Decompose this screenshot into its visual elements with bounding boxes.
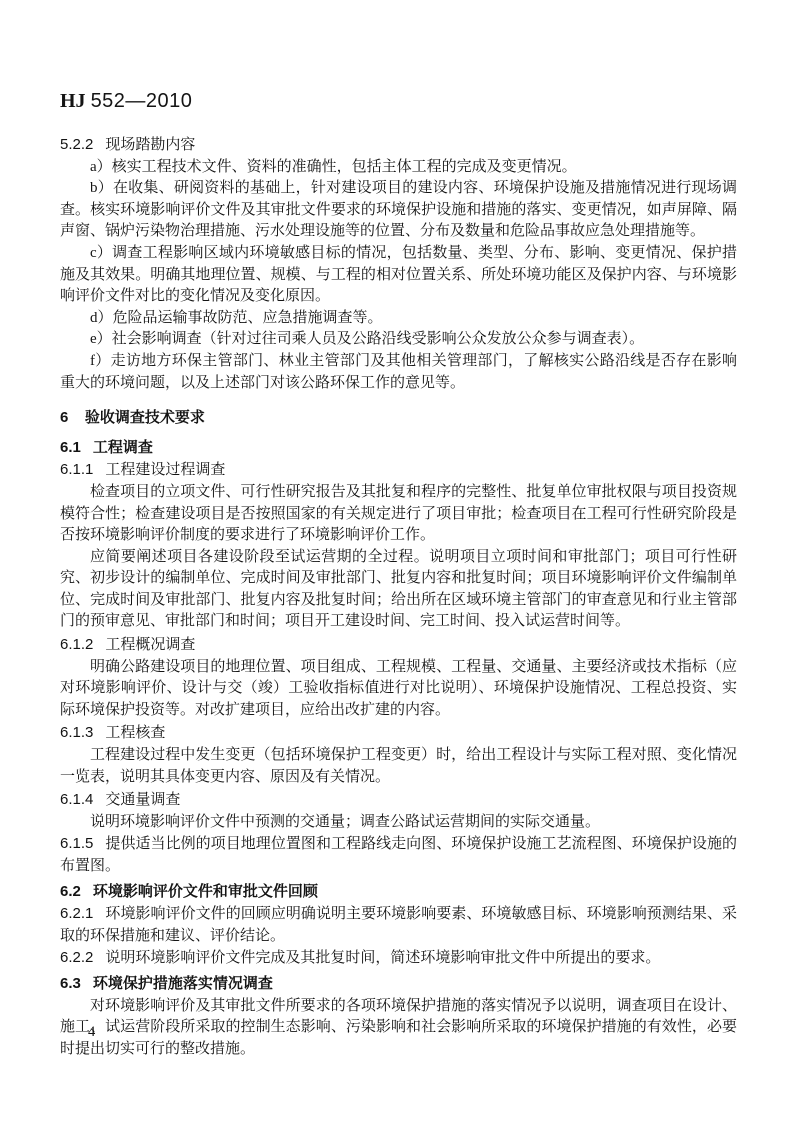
paragraph: 工程建设过程中发生变更（包括环境保护工程变更）时，给出工程设计与实际工程对照、变…: [60, 745, 737, 788]
document-page: HJ552—2010 5.2.2现场踏勘内容 a）核实工程技术文件、资料的准确性…: [0, 0, 794, 1123]
clause-number: 5.2.2: [60, 136, 93, 153]
clause-text: 说明环境影响评价文件完成及其批复时间，简述环境影响审批文件中所提出的要求。: [105, 950, 660, 966]
paragraph: 检查项目的立项文件、可行性研究报告及其批复和程序的完整性、批复单位审批权限与项目…: [60, 482, 737, 547]
clause-title: 工程核查: [105, 725, 165, 741]
heading-6-1-4: 6.1.4交通量调查: [60, 789, 737, 812]
paragraph: 应简要阐述项目各建设阶段至试运营期的全过程。说明项目立项时间和审批部门；项目可行…: [60, 547, 737, 633]
list-item-f: f）走访地方环保主管部门、林业主管部门及其他相关管理部门，了解核实公路沿线是否存…: [60, 351, 737, 394]
clause-text: 提供适当比例的项目地理位置图和工程路线走向图、环境保护设施工艺流程图、环境保护设…: [60, 836, 737, 874]
paragraph: 说明环境影响评价文件中预测的交通量；调查公路试运营期间的实际交通量。: [60, 812, 737, 834]
document-body: 5.2.2现场踏勘内容 a）核实工程技术文件、资料的准确性，包括主体工程的完成及…: [60, 133, 737, 1060]
clause-title: 工程调查: [93, 439, 153, 456]
clause-number: 6: [60, 409, 68, 426]
heading-6-1-2: 6.1.2工程概况调查: [60, 634, 737, 657]
clause-6-2-1: 6.2.1环境影响评价文件的回顾应明确说明主要环境影响要素、环境敏感目标、环境影…: [60, 903, 737, 947]
clause-number: 6.1.2: [60, 636, 93, 653]
heading-6: 6验收调查技术要求: [60, 407, 737, 429]
heading-6-2: 6.2环境影响评价文件和审批文件回顾: [60, 881, 737, 903]
clause-title: 验收调查技术要求: [85, 409, 205, 426]
heading-6-1-3: 6.1.3工程核查: [60, 722, 737, 745]
clause-title: 工程建设过程调查: [105, 462, 225, 478]
heading-6-1-1: 6.1.1工程建设过程调查: [60, 459, 737, 482]
clause-6-1-5: 6.1.5提供适当比例的项目地理位置图和工程路线走向图、环境保护设施工艺流程图、…: [60, 833, 737, 877]
list-item-c: c）调查工程影响区域内环境敏感目标的情况，包括数量、类型、分布、影响、变更情况、…: [60, 243, 737, 308]
clause-title: 现场踏勘内容: [105, 137, 195, 153]
heading-6-3: 6.3环境保护措施落实情况调查: [60, 973, 737, 995]
clause-title: 工程概况调查: [105, 637, 195, 653]
clause-number: 6.2.2: [60, 949, 93, 966]
list-item-a: a）核实工程技术文件、资料的准确性，包括主体工程的完成及变更情况。: [60, 157, 737, 179]
clause-6-2-2: 6.2.2说明环境影响评价文件完成及其批复时间，简述环境影响审批文件中所提出的要…: [60, 947, 737, 970]
page-number: 4: [88, 1024, 95, 1041]
heading-5-2-2: 5.2.2现场踏勘内容: [60, 134, 737, 157]
paragraph: 明确公路建设项目的地理位置、项目组成、工程规模、工程量、交通量、主要经济或技术指…: [60, 657, 737, 722]
clause-number: 6.1.5: [60, 835, 93, 852]
list-item-e: e）社会影响调查（针对过往司乘人员及公路沿线受影响公众发放公众参与调查表）。: [60, 329, 737, 351]
list-item-d: d）危险品运输事故防范、应急措施调查等。: [60, 308, 737, 330]
clause-number: 6.1.4: [60, 791, 93, 808]
clause-title: 交通量调查: [105, 792, 180, 808]
list-item-b: b）在收集、研阅资料的基础上，针对建设项目的建设内容、环境保护设施及措施情况进行…: [60, 178, 737, 243]
standard-number: 552—2010: [91, 90, 193, 112]
paragraph: 对环境影响评价及其审批文件所要求的各项环境保护措施的落实情况予以说明，调查项目在…: [60, 996, 737, 1061]
standard-prefix: HJ: [60, 90, 86, 112]
document-code: HJ552—2010: [60, 90, 192, 113]
clause-number: 6.2: [60, 883, 81, 900]
clause-number: 6.3: [60, 975, 81, 992]
clause-number: 6.1.3: [60, 724, 93, 741]
clause-number: 6.1.1: [60, 461, 93, 478]
clause-number: 6.1: [60, 439, 81, 456]
clause-title: 环境影响评价文件和审批文件回顾: [93, 883, 318, 900]
clause-text: 环境影响评价文件的回顾应明确说明主要环境影响要素、环境敏感目标、环境影响预测结果…: [60, 906, 737, 944]
clause-number: 6.2.1: [60, 905, 93, 922]
heading-6-1: 6.1工程调查: [60, 437, 737, 459]
clause-title: 环境保护措施落实情况调查: [93, 975, 273, 992]
